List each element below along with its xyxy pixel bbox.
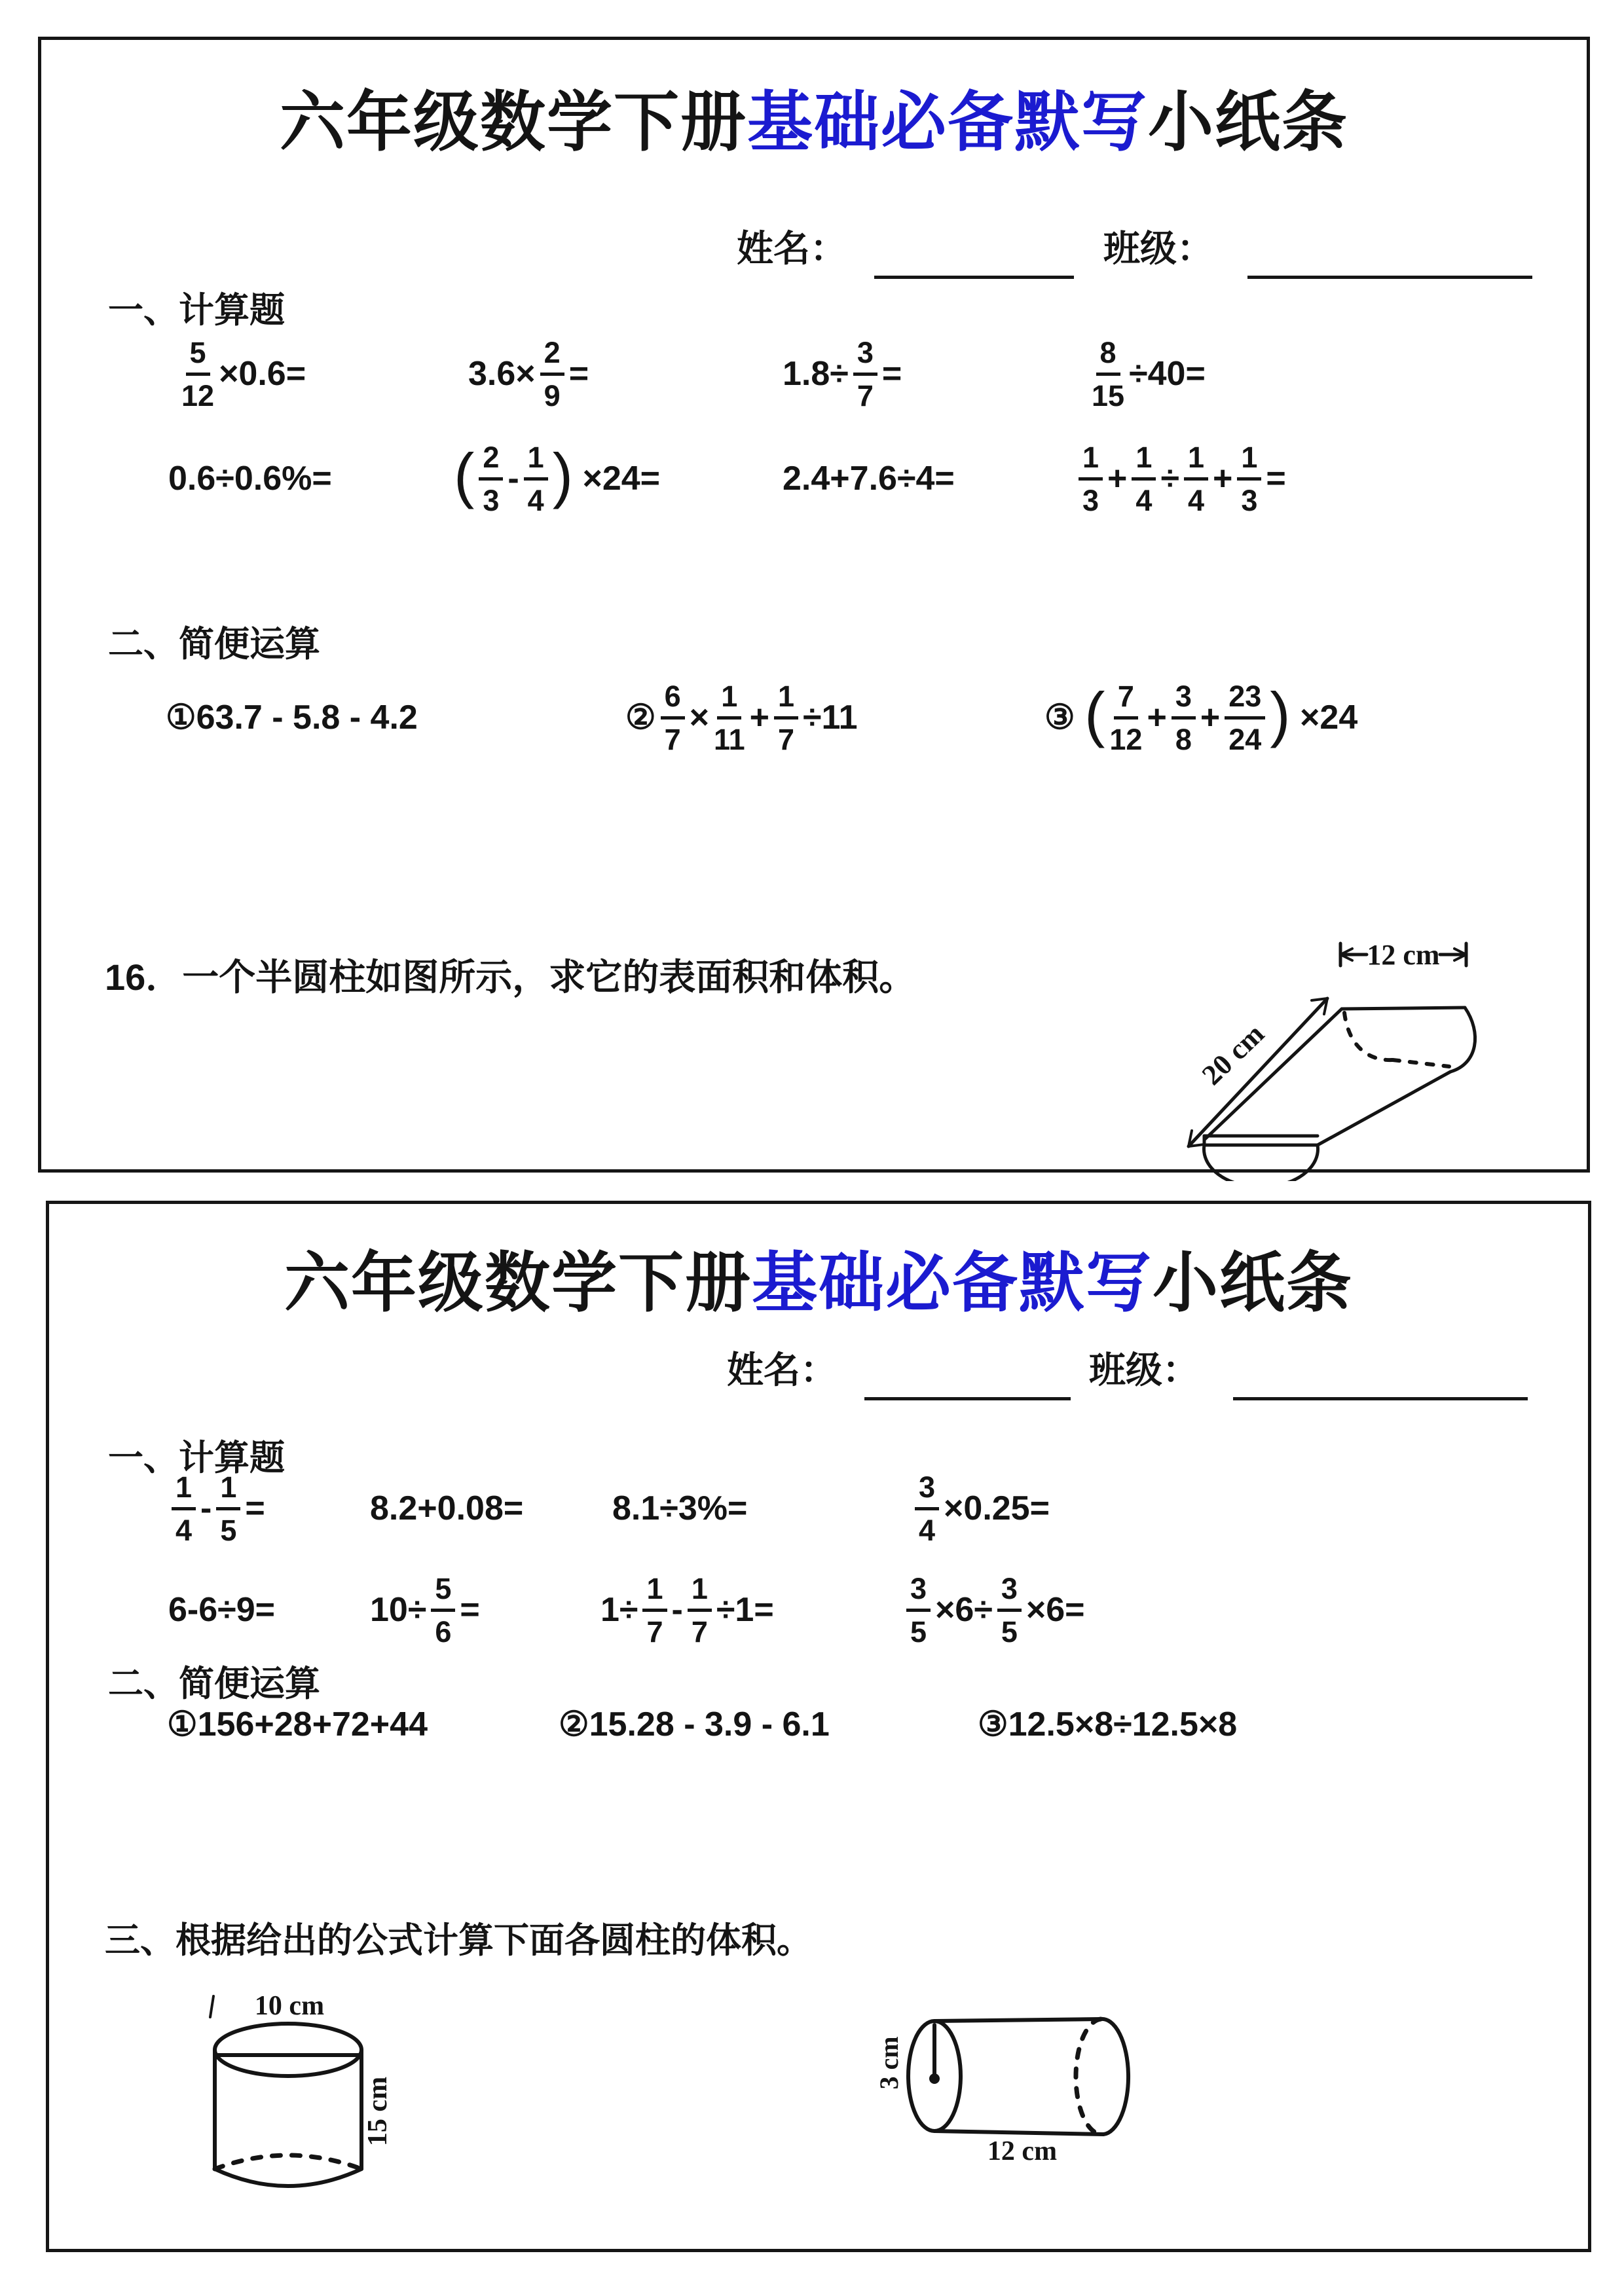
math-token: 2.4+7.6÷4=: [783, 459, 955, 498]
title-black-prefix: 六年级数学下册: [284, 1247, 752, 1320]
math-token: 8.2+0.08=: [370, 1489, 523, 1528]
math-token: ): [1270, 683, 1290, 745]
math-token: =: [1266, 459, 1285, 498]
math-token: ②15.28 - 3.9 - 6.1: [559, 1705, 830, 1744]
math-token: ①156+28+72+44: [167, 1705, 428, 1744]
math-token: =: [569, 354, 589, 393]
class-write-line: [1247, 230, 1532, 279]
math-token: 37: [853, 338, 877, 410]
horizontal-cylinder-figure: 3 cm 12 cm: [879, 1997, 1161, 2161]
math-problem: (23-14) ×24=: [454, 429, 660, 528]
worksheet-page: 六年级数学下册基础必备默写小纸条 姓名： 班级： 一、计算题 512×0.6= …: [0, 0, 1624, 2296]
math-token: 13: [1079, 443, 1103, 515]
math-token: ③12.5×8÷12.5×8: [978, 1705, 1237, 1744]
math-token: 15: [216, 1472, 240, 1545]
vertical-cylinder-figure: 10 cm 15 cm: [190, 1987, 399, 2210]
math-token: 6-6÷9=: [168, 1590, 275, 1630]
math-token: 1.8÷: [783, 354, 849, 393]
math-token: 35: [997, 1574, 1022, 1647]
math-token: =: [882, 354, 902, 393]
math-token: 512: [181, 338, 214, 410]
math-token: -: [672, 1590, 683, 1630]
title-black-prefix: 六年级数学下册: [280, 86, 747, 159]
half-cylinder-length-label: 20 cm: [1196, 1017, 1270, 1091]
math-problem: 3.6×29=: [468, 325, 589, 423]
math-problem: 1÷17-17÷1=: [600, 1561, 774, 1659]
math-token: ③: [1044, 698, 1084, 737]
math-token: ×6÷: [935, 1590, 993, 1630]
math-token: ②: [625, 698, 656, 737]
math-token: ÷11: [803, 698, 858, 737]
math-token: +: [1147, 698, 1166, 737]
slip1-title: 六年级数学下册基础必备默写小纸条: [41, 69, 1587, 164]
math-problem: 10÷56=: [370, 1561, 480, 1659]
math-token: =: [245, 1489, 265, 1528]
math-token: +: [1213, 459, 1232, 498]
cylinder-radius-label: 3 cm: [879, 2036, 904, 2089]
math-problem: ③ (712+38+2324) ×24: [1044, 668, 1357, 767]
slip2-title: 六年级数学下册基础必备默写小纸条: [49, 1230, 1588, 1324]
math-token: 3.6×: [468, 354, 536, 393]
title-black-suffix: 小纸条: [1148, 86, 1348, 159]
math-token: 29: [540, 338, 564, 410]
math-token: 2324: [1225, 682, 1265, 754]
class-label: 班级：: [1103, 220, 1213, 272]
math-problem: 512×0.6=: [177, 325, 306, 423]
math-problem: 815÷40=: [1087, 325, 1206, 423]
math-problem: ①63.7 - 5.8 - 4.2: [166, 668, 418, 767]
cylinder-height-label: 15 cm: [363, 2077, 393, 2146]
class-write-line: [1233, 1351, 1528, 1400]
half-cylinder-figure: 12 cm 20 cm: [1162, 936, 1496, 1181]
math-problem: 0.6÷0.6%=: [168, 429, 332, 528]
math-token: 67: [661, 682, 685, 754]
cylinder-length-label: 12 cm: [987, 2136, 1057, 2161]
math-token: ÷40=: [1129, 354, 1206, 393]
math-token: 23: [479, 443, 503, 515]
math-token: 14: [524, 443, 548, 515]
math-token: ×6=: [1026, 1590, 1085, 1630]
class-label: 班级：: [1089, 1341, 1199, 1394]
math-problem: ②15.28 - 3.9 - 6.1: [559, 1675, 830, 1774]
name-write-line: [864, 1351, 1071, 1400]
math-token: 17: [688, 1574, 712, 1647]
math-token: 14: [1184, 443, 1208, 515]
math-problem: ③12.5×8÷12.5×8: [978, 1675, 1237, 1774]
name-label: 姓名：: [737, 220, 847, 272]
math-problem: 8.1÷3%=: [612, 1459, 747, 1558]
math-token: 111: [714, 682, 745, 754]
math-problem: 14-15=: [167, 1459, 265, 1558]
math-token: -: [507, 459, 519, 498]
math-token: ×24: [1291, 698, 1358, 737]
math-token: 17: [642, 1574, 667, 1647]
math-token: ): [553, 445, 573, 506]
math-problem: 13+14÷14+13=: [1074, 429, 1286, 528]
math-token: 0.6÷0.6%=: [168, 459, 332, 498]
math-token: 14: [172, 1472, 196, 1545]
slip1-section2-heading: 二、简便运算: [108, 616, 320, 666]
math-problem: 8.2+0.08=: [370, 1459, 523, 1558]
title-black-suffix: 小纸条: [1153, 1247, 1353, 1320]
math-token: 13: [1237, 443, 1261, 515]
math-token: 34: [915, 1472, 939, 1545]
name-label: 姓名：: [727, 1341, 837, 1394]
half-cylinder-width-label: 12 cm: [1367, 939, 1439, 971]
math-token: 712: [1109, 682, 1142, 754]
math-problem: 6-6÷9=: [168, 1561, 275, 1659]
math-problem: ②67×111+17÷11: [625, 668, 858, 767]
math-token: 815: [1092, 338, 1124, 410]
name-write-line: [874, 230, 1074, 279]
math-token: +: [750, 698, 769, 737]
slip2-section3-heading: 三、根据给出的公式计算下面各圆柱的体积。: [105, 1912, 812, 1963]
math-token: =: [460, 1590, 479, 1630]
math-token: 35: [906, 1574, 931, 1647]
slip-1: 六年级数学下册基础必备默写小纸条 姓名： 班级： 一、计算题 512×0.6= …: [38, 37, 1590, 1173]
math-token: ×0.25=: [944, 1489, 1050, 1528]
math-token: 8.1÷3%=: [612, 1489, 747, 1528]
math-token: 10÷: [370, 1590, 426, 1630]
math-token: ①63.7 - 5.8 - 4.2: [166, 698, 418, 737]
math-token: ÷1=: [716, 1590, 774, 1630]
math-token: ×: [690, 698, 709, 737]
cylinder-diameter-label: 10 cm: [255, 1991, 324, 2021]
math-problem: 34×0.25=: [910, 1459, 1050, 1558]
math-token: -: [200, 1489, 212, 1528]
math-token: 1÷: [600, 1590, 638, 1630]
title-blue-mid: 基础必备默写: [747, 86, 1148, 159]
math-problem: 35×6÷35×6=: [902, 1561, 1085, 1659]
math-token: ×0.6=: [219, 354, 306, 393]
math-problem: ①156+28+72+44: [167, 1675, 428, 1774]
title-blue-mid: 基础必备默写: [752, 1247, 1153, 1320]
math-token: 14: [1132, 443, 1156, 515]
math-token: 56: [431, 1574, 455, 1647]
math-token: (: [1084, 683, 1105, 745]
slip-2: 六年级数学下册基础必备默写小纸条 姓名： 班级： 一、计算题 14-15= 8.…: [46, 1201, 1591, 2252]
math-problem: 1.8÷37=: [783, 325, 902, 423]
math-token: ×24=: [573, 459, 660, 498]
math-token: 38: [1172, 682, 1196, 754]
question-16-text: 16．一个半圆柱如图所示，求它的表面积和体积。: [105, 949, 915, 1001]
math-token: 17: [774, 682, 798, 754]
math-token: +: [1107, 459, 1127, 498]
math-problem: 2.4+7.6÷4=: [783, 429, 955, 528]
math-token: ÷: [1160, 459, 1179, 498]
math-token: (: [454, 445, 474, 506]
math-token: +: [1200, 698, 1220, 737]
